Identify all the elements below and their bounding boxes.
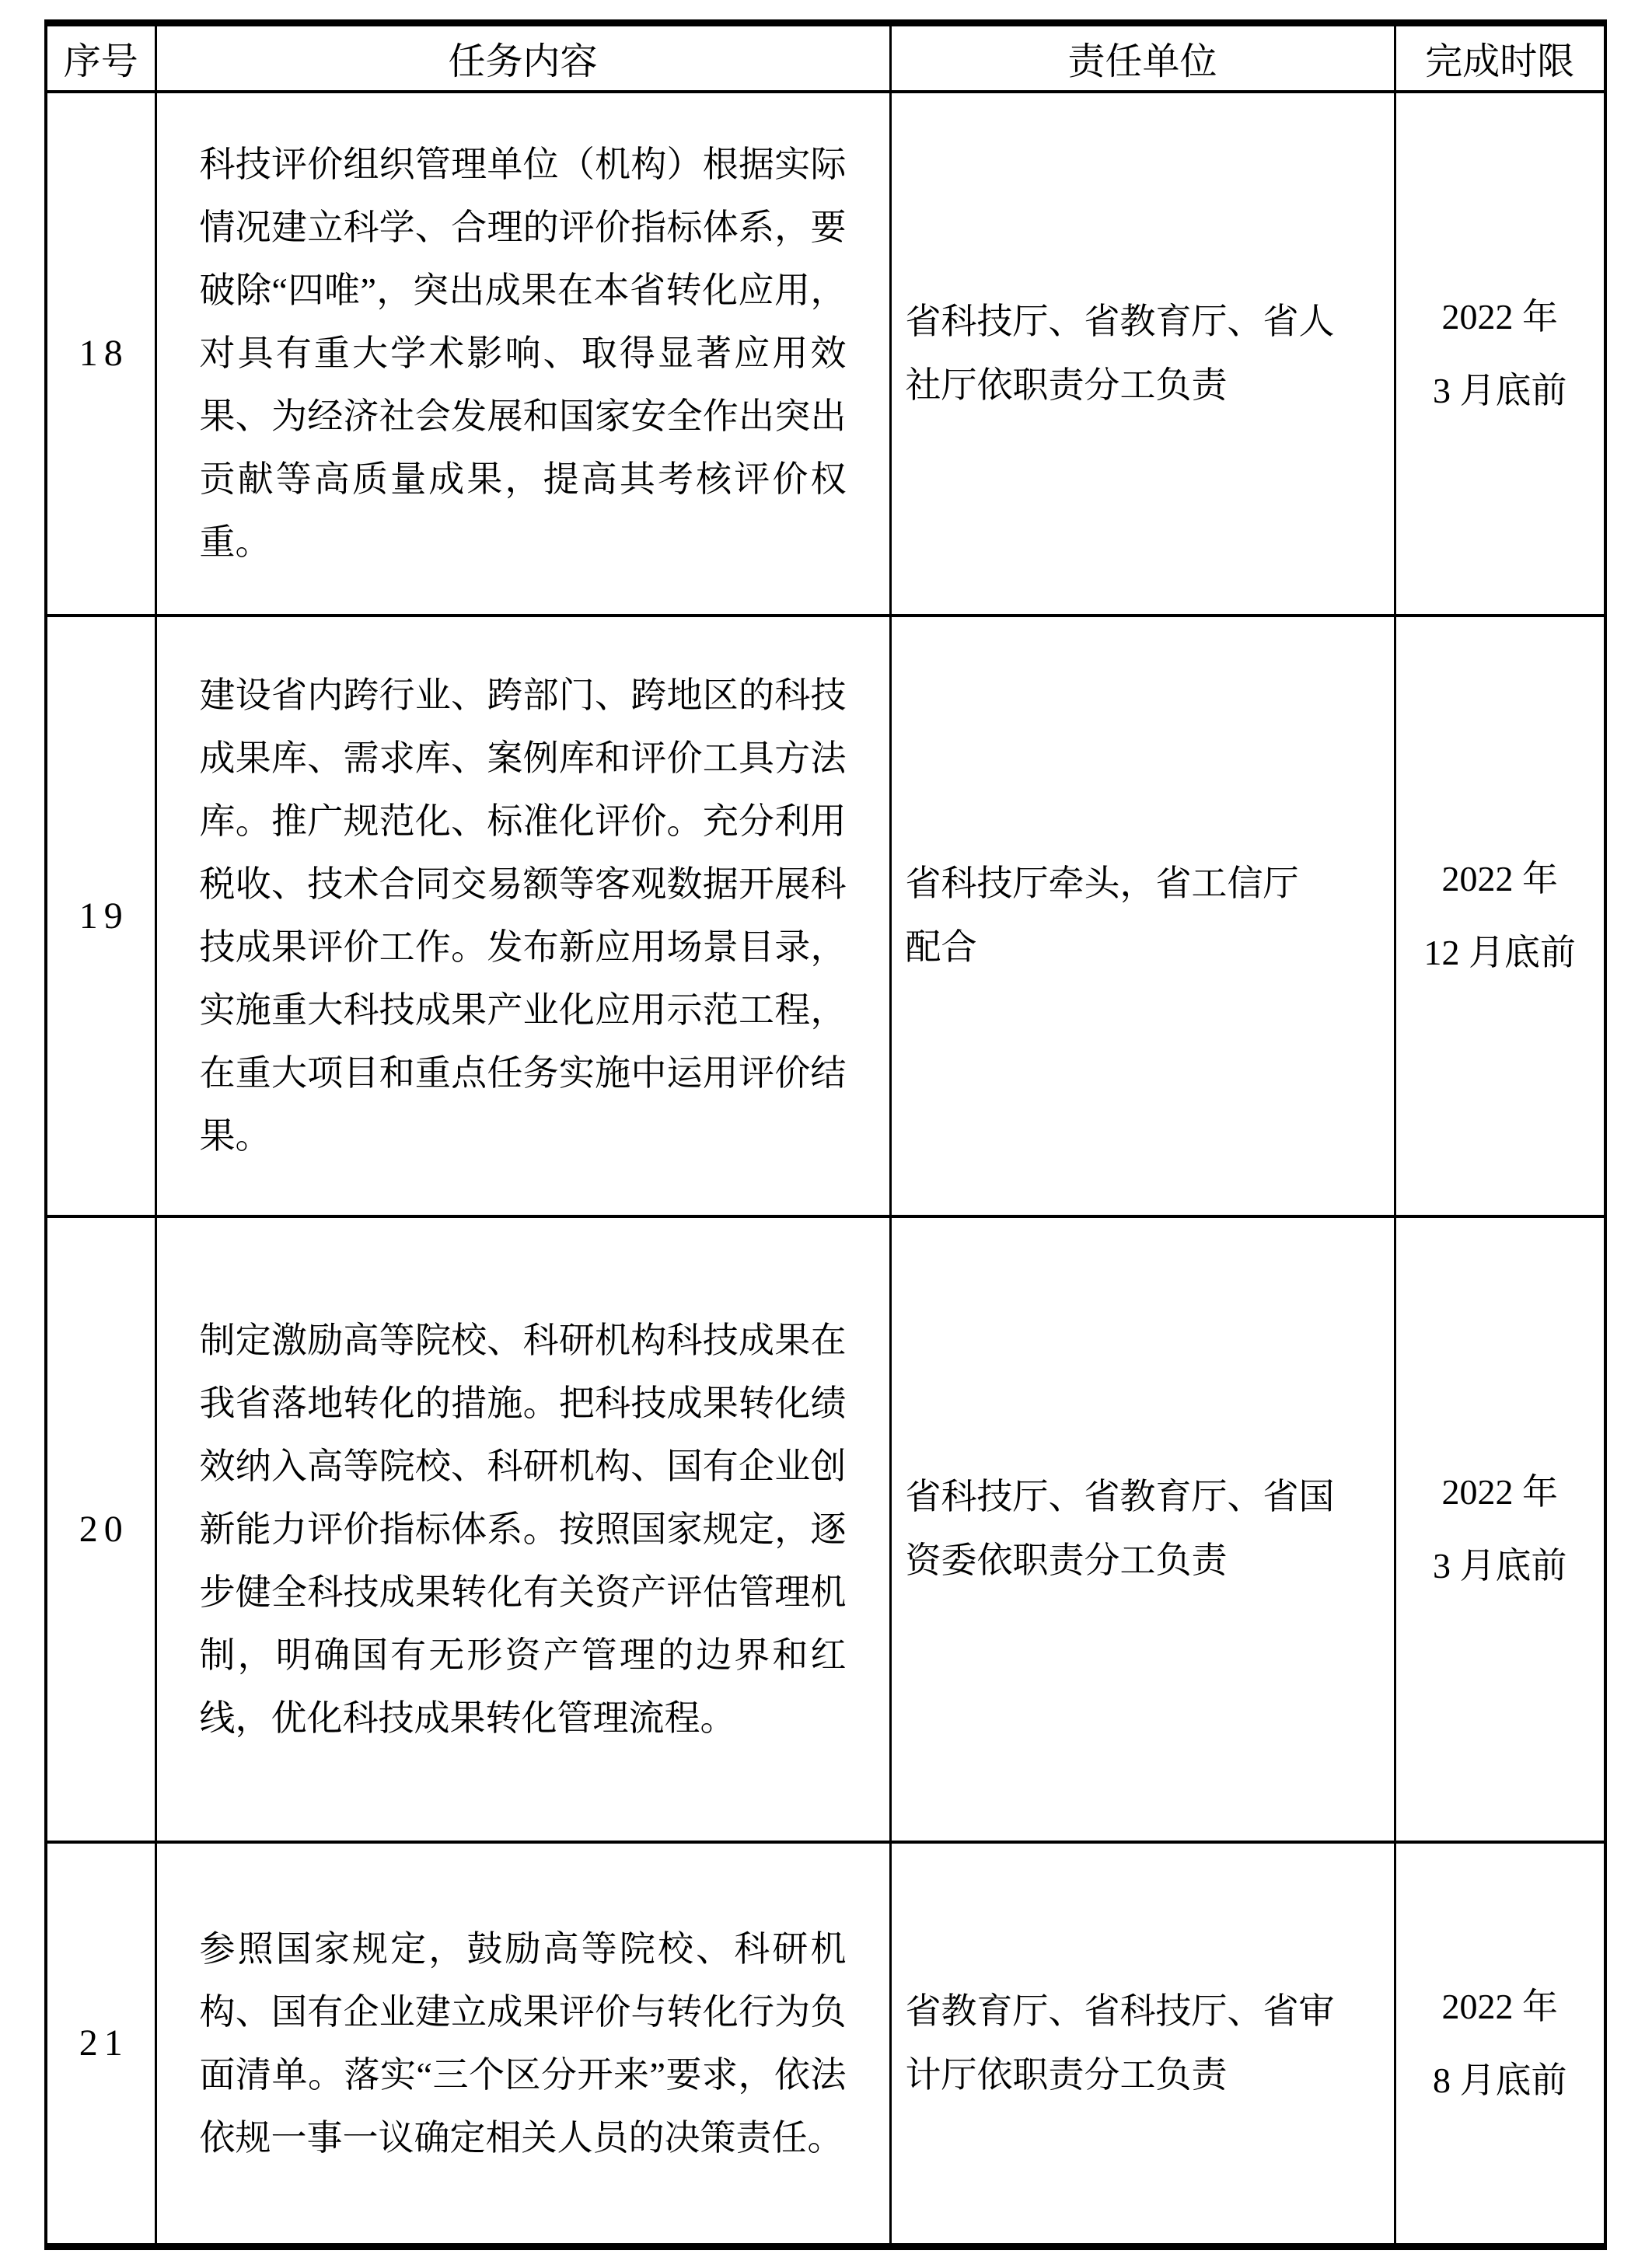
task-content-cell: 制定激励高等院校、科研机构科技成果在我省落地转化的措施。把科技成果转化绩效纳入高… <box>155 1216 890 1842</box>
deadline-text: 2022 年 12 月底前 <box>1396 842 1605 989</box>
deadline-cell: 2022 年 3 月底前 <box>1395 1216 1605 1842</box>
deadline-text: 2022 年 8 月底前 <box>1396 1970 1605 2117</box>
task-content-text: 建设省内跨行业、跨部门、跨地区的科技成果库、需求库、案例库和评价工具方法库。推广… <box>200 664 847 1167</box>
deadline-text: 2022 年 3 月底前 <box>1396 280 1605 427</box>
task-content-cell: 建设省内跨行业、跨部门、跨地区的科技成果库、需求库、案例库和评价工具方法库。推广… <box>155 616 890 1216</box>
task-assignment-table: 序号 任务内容 责任单位 完成时限 18 科技评价组织管理单位（机构）根据实际情… <box>44 19 1607 2250</box>
column-header-no: 序号 <box>46 23 155 92</box>
responsible-unit-text: 省科技厅、省教育厅、省人 社厅依职责分工负责 <box>906 290 1380 417</box>
responsible-unit-cell: 省科技厅牵头，省工信厅 配合 <box>890 616 1395 1216</box>
column-header-unit: 责任单位 <box>890 23 1395 92</box>
row-number: 18 <box>46 92 155 616</box>
column-header-deadline: 完成时限 <box>1395 23 1605 92</box>
task-content-cell: 科技评价组织管理单位（机构）根据实际情况建立科学、合理的评价指标体系，要破除“四… <box>155 92 890 616</box>
responsible-unit-cell: 省科技厅、省教育厅、省国 资委依职责分工负责 <box>890 1216 1395 1842</box>
row-number: 19 <box>46 616 155 1216</box>
task-content-cell: 参照国家规定，鼓励高等院校、科研机构、国有企业建立成果评价与转化行为负面清单。落… <box>155 1842 890 2247</box>
table-row: 20 制定激励高等院校、科研机构科技成果在我省落地转化的措施。把科技成果转化绩效… <box>46 1216 1605 1842</box>
task-content-text: 制定激励高等院校、科研机构科技成果在我省落地转化的措施。把科技成果转化绩效纳入高… <box>200 1309 847 1750</box>
deadline-cell: 2022 年 3 月底前 <box>1395 92 1605 616</box>
deadline-cell: 2022 年 8 月底前 <box>1395 1842 1605 2247</box>
column-header-task: 任务内容 <box>155 23 890 92</box>
responsible-unit-text: 省教育厅、省科技厅、省审 计厅依职责分工负责 <box>906 1980 1380 2107</box>
deadline-cell: 2022 年 12 月底前 <box>1395 616 1605 1216</box>
table-row: 21 参照国家规定，鼓励高等院校、科研机构、国有企业建立成果评价与转化行为负面清… <box>46 1842 1605 2247</box>
table-row: 18 科技评价组织管理单位（机构）根据实际情况建立科学、合理的评价指标体系，要破… <box>46 92 1605 616</box>
responsible-unit-cell: 省科技厅、省教育厅、省人 社厅依职责分工负责 <box>890 92 1395 616</box>
responsible-unit-text: 省科技厅牵头，省工信厅 配合 <box>906 852 1380 979</box>
task-content-text: 科技评价组织管理单位（机构）根据实际情况建立科学、合理的评价指标体系，要破除“四… <box>200 133 847 574</box>
row-number: 20 <box>46 1216 155 1842</box>
responsible-unit-text: 省科技厅、省教育厅、省国 资委依职责分工负责 <box>906 1465 1380 1593</box>
deadline-text: 2022 年 3 月底前 <box>1396 1455 1605 1603</box>
table-row: 19 建设省内跨行业、跨部门、跨地区的科技成果库、需求库、案例库和评价工具方法库… <box>46 616 1605 1216</box>
row-number: 21 <box>46 1842 155 2247</box>
header-row: 序号 任务内容 责任单位 完成时限 <box>46 23 1605 92</box>
responsible-unit-cell: 省教育厅、省科技厅、省审 计厅依职责分工负责 <box>890 1842 1395 2247</box>
task-content-text: 参照国家规定，鼓励高等院校、科研机构、国有企业建立成果评价与转化行为负面清单。落… <box>200 1917 847 2169</box>
